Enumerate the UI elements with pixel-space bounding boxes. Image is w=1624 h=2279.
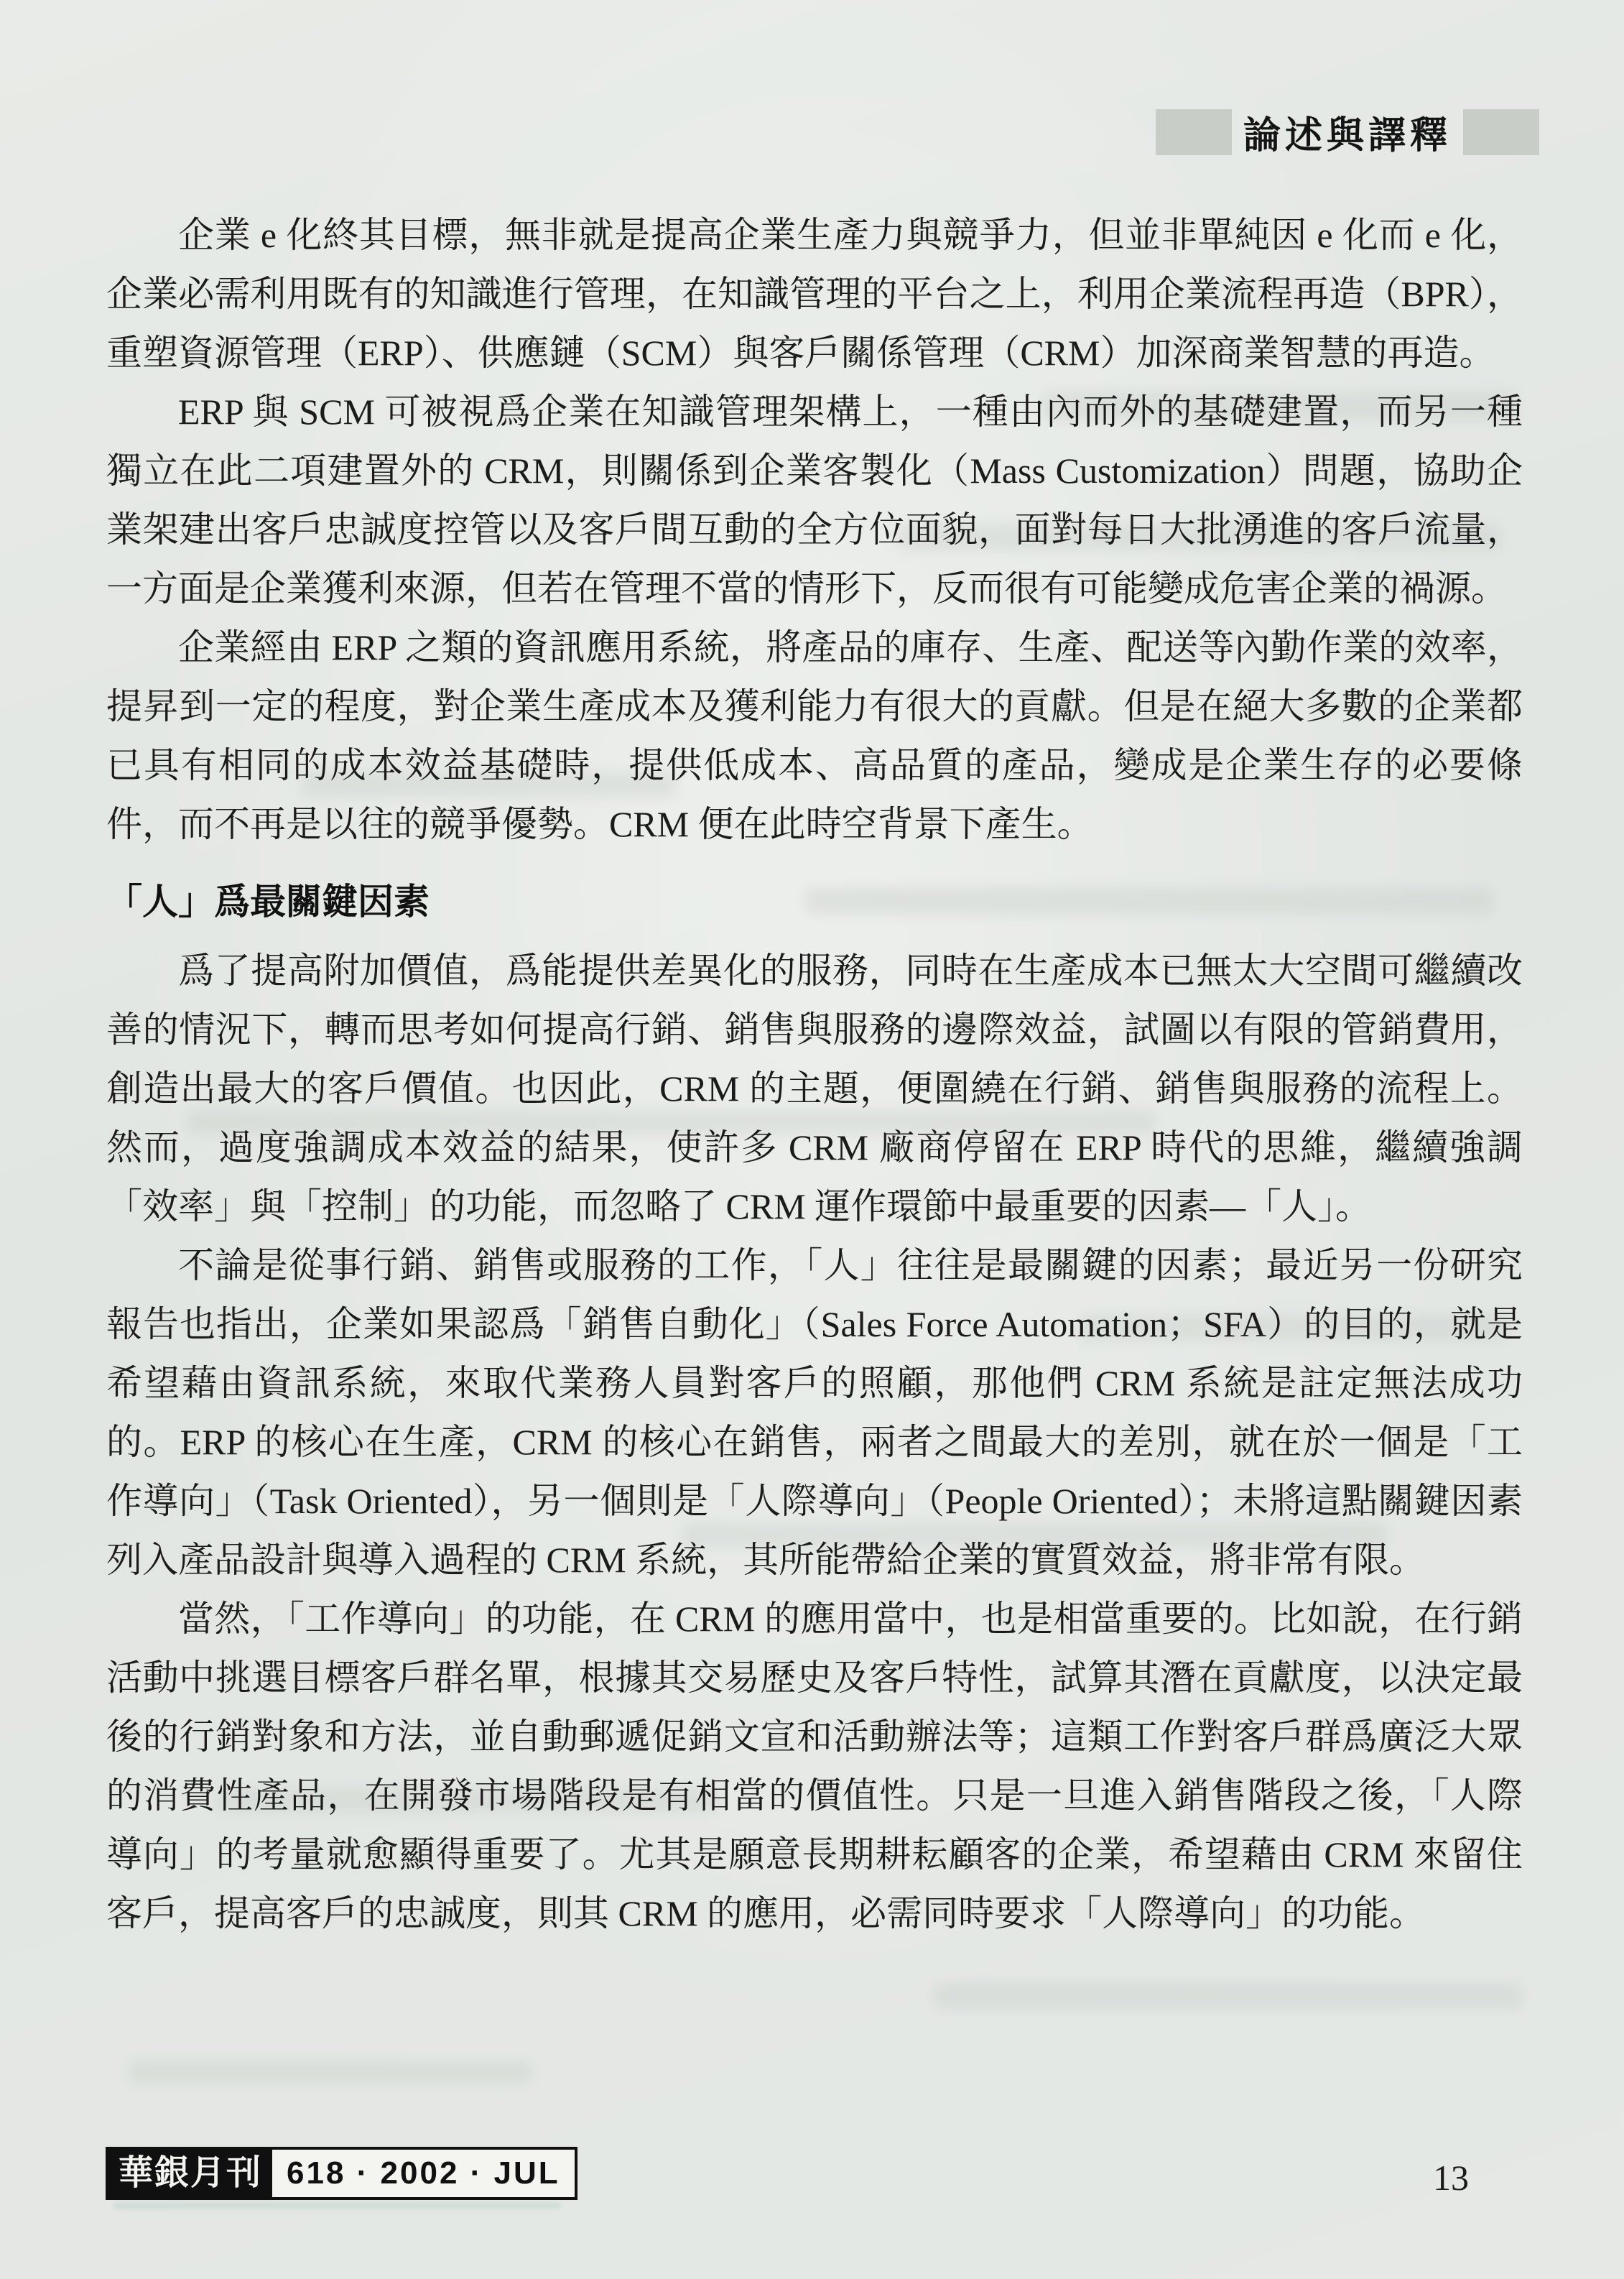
issue-info: 618 · 2002 · JUL [272, 2150, 575, 2197]
section-heading: 「人」爲最關鍵因素 [106, 872, 1523, 931]
paragraph: ERP 與 SCM 可被視爲企業在知識管理架構上，一種由內而外的基礎建置，而另一… [106, 382, 1523, 618]
paragraph: 爲了提高附加價值，爲能提供差異化的服務，同時在生產成本已無太大空間可繼續改善的情… [106, 941, 1523, 1236]
article-body: 企業 e 化終其目標，無非就是提高企業生產力與競爭力，但並非單純因 e 化而 e… [106, 205, 1523, 1943]
tag-decoration-right [1463, 109, 1539, 155]
scanned-document-page: 論述與譯釋 企業 e 化終其目標，無非就是提高企業生產力與競爭力，但並非單純因 … [0, 0, 1624, 2279]
journal-badge: 華銀月刊 618 · 2002 · JUL [106, 2147, 577, 2200]
paragraph: 不論是從事行銷、銷售或服務的工作，「人」往往是最關鍵的因素；最近另一份研究報告也… [106, 1236, 1523, 1589]
tag-decoration-left [1156, 109, 1232, 155]
paragraph: 企業 e 化終其目標，無非就是提高企業生產力與競爭力，但並非單純因 e 化而 e… [106, 205, 1523, 382]
bleed-through-mark [934, 1983, 1523, 2009]
scan-artifact-smudge [115, 2203, 560, 2209]
paragraph: 當然，「工作導向」的功能，在 CRM 的應用當中，也是相當重要的。比如說，在行銷… [106, 1589, 1523, 1943]
bleed-through-mark [129, 2062, 532, 2084]
paragraph: 企業經由 ERP 之類的資訊應用系統，將產品的庫存、生產、配送等內勤作業的效率，… [106, 618, 1523, 854]
journal-name: 華銀月刊 [108, 2150, 272, 2197]
section-tag-label: 論述與譯釋 [1243, 105, 1452, 159]
page-number: 13 [1433, 2157, 1469, 2199]
section-tag: 論述與譯釋 [1156, 105, 1539, 159]
